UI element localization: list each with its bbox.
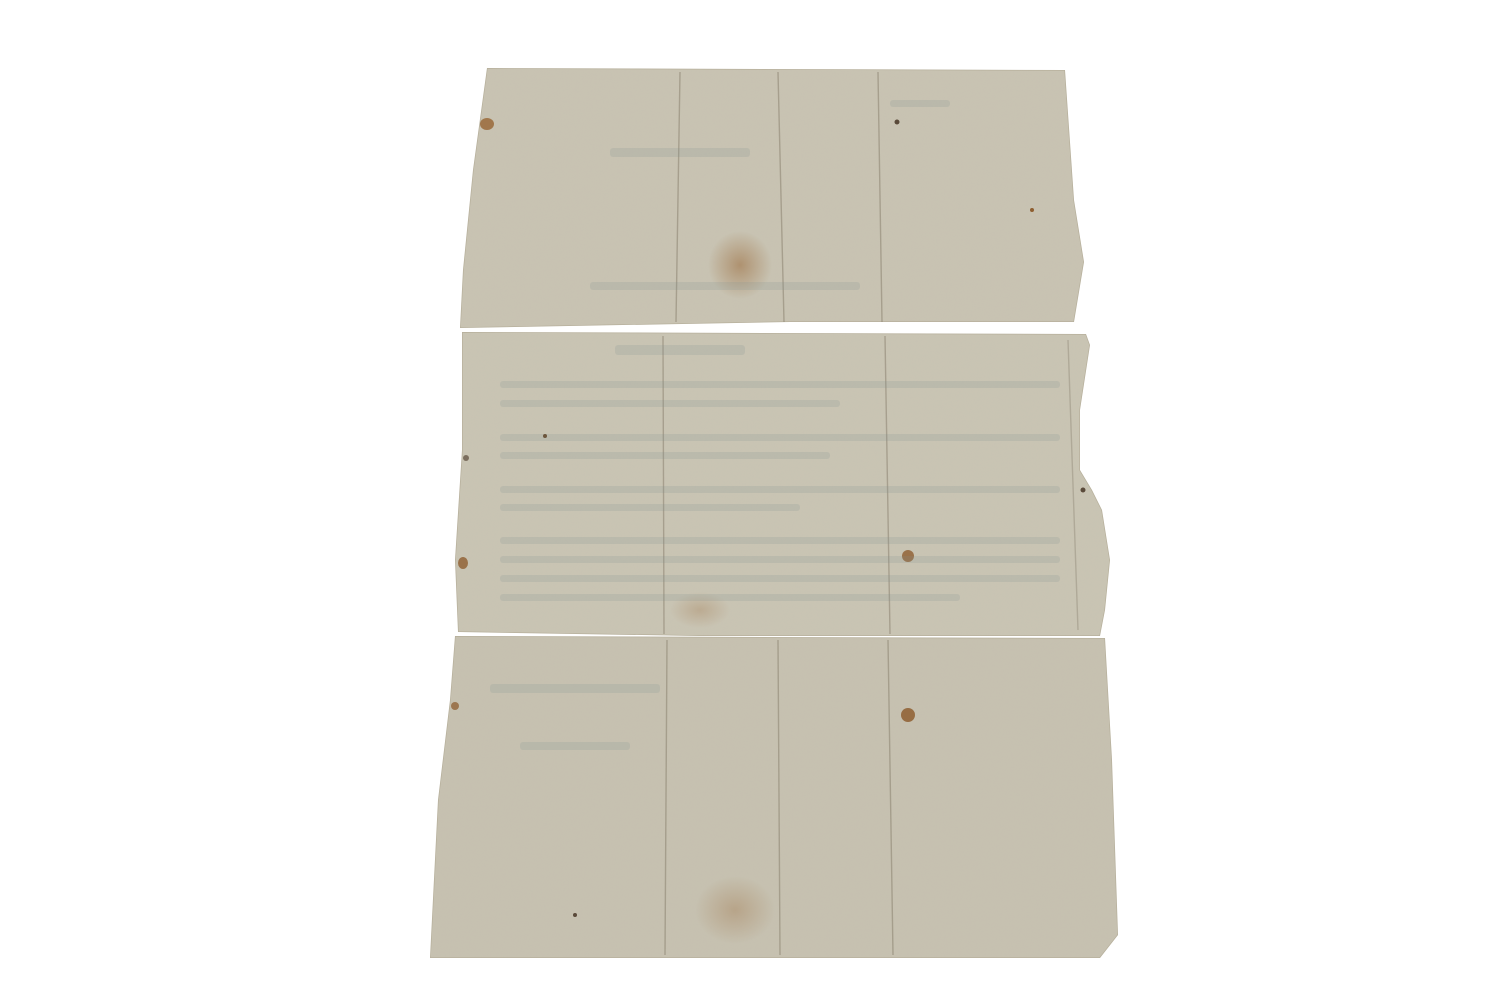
photo-of-folded-document [0,0,1500,1000]
bleed-through-lines [0,0,1500,1000]
